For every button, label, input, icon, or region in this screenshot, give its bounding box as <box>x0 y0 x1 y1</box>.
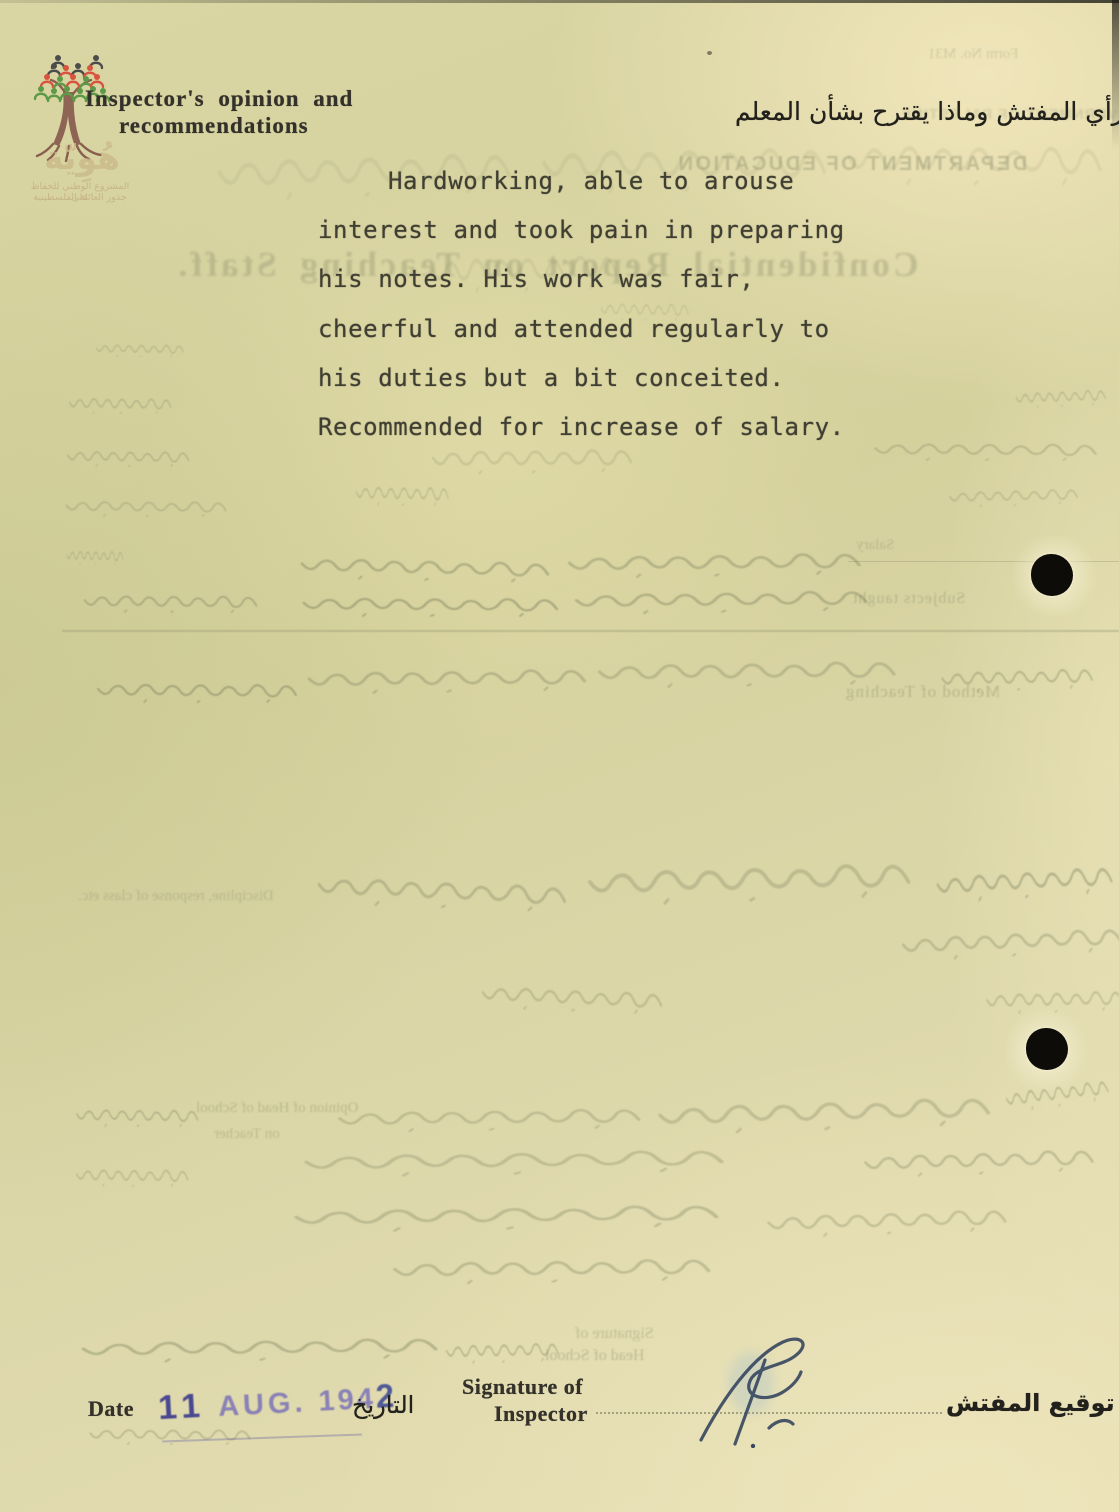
bleed-handwriting-squiggle <box>595 655 900 690</box>
signature-label-line2: Inspector <box>494 1401 588 1427</box>
bleed-handwriting-squiggle <box>298 554 553 584</box>
bleed-handwriting-squiggle <box>214 143 516 205</box>
signature-label-arabic: توقيع المفتش <box>946 1389 1115 1417</box>
bleed-handwriting-squiggle <box>300 1144 730 1180</box>
scan-edge-corner <box>1112 0 1119 150</box>
bleed-handwriting-squiggle <box>82 592 260 614</box>
bleed-handwriting-squiggle <box>75 1106 200 1128</box>
bleed-handwriting-squiggle <box>445 1338 561 1366</box>
bleed-handwriting-squiggle <box>845 138 1105 188</box>
bleed-handwriting-squiggle <box>88 1426 253 1446</box>
bleed-handwriting-squiggle <box>1015 386 1108 411</box>
date-stamp-month: AUG. <box>217 1386 307 1423</box>
inspector-signature <box>683 1328 823 1448</box>
bleed-handwriting-squiggle <box>600 300 690 322</box>
bleed-handwriting-squiggle <box>78 1333 443 1365</box>
bleed-handwriting-squiggle <box>765 1204 1011 1241</box>
bleed-handwriting-squiggle <box>565 547 865 580</box>
signature-label-line1: Signature of <box>462 1374 583 1400</box>
bleed-handwriting-squiggle <box>584 854 915 909</box>
bleed-handwriting-squiggle <box>940 663 1096 694</box>
bleed-handwriting-squiggle <box>95 342 185 358</box>
remarks-line-2: interest and took pain in preparing <box>318 216 845 244</box>
bleed-handwriting-squiggle <box>872 440 1100 462</box>
hole-punch-top <box>1031 554 1073 596</box>
section-title-arabic: رأي المفتش وماذا يقترح بشأن المعلم <box>735 97 1119 126</box>
bleed-handwriting-squiggle <box>899 922 1119 964</box>
bleed-handwriting-squiggle <box>64 498 229 518</box>
remarks-line-6: Recommended for increase of salary. <box>318 413 845 441</box>
date-stamp-day: 11 <box>157 1387 207 1427</box>
bleed-handwriting-squiggle <box>390 1253 715 1287</box>
bleed-handwriting-squiggle <box>572 585 872 616</box>
bleed-handwriting-squiggle <box>68 395 173 415</box>
bleed-handwriting-squiggle <box>66 448 191 468</box>
hole-punch-bottom <box>1026 1028 1068 1070</box>
bleed-label-discipline: Discipline, response of class etc. <box>78 888 274 905</box>
bleed-handwriting-squiggle <box>66 548 124 566</box>
section-title-line1: Inspector's opinion and <box>85 86 353 112</box>
bleed-handwriting-squiggle <box>314 872 570 915</box>
bleed-handwriting-squiggle <box>429 247 620 298</box>
bleed-handwriting-squiggle <box>305 664 590 697</box>
remarks-line-4: cheerful and attended regularly to <box>318 315 830 343</box>
bleed-handwriting-squiggle <box>934 860 1116 906</box>
ink-speck <box>707 51 712 55</box>
bleed-handwriting-squiggle <box>430 443 635 477</box>
bleed-label-signature-of: Signature of <box>575 1325 654 1343</box>
bleed-handwriting-squiggle <box>862 1144 1098 1180</box>
bleed-handwriting-squiggle <box>948 485 1081 510</box>
bleed-handwriting-squiggle <box>540 137 831 197</box>
bleed-rule-long <box>62 630 1119 632</box>
bleed-handwriting-squiggle <box>75 1166 190 1188</box>
date-label: Date <box>88 1396 134 1422</box>
bleed-handwriting-squiggle <box>300 594 562 618</box>
scanned-document-page: Form No. M31 GOVERNMENT OF PALESTINE DEP… <box>0 0 1119 1512</box>
bleed-handwriting-squiggle <box>335 1103 645 1134</box>
bleed-handwriting-squiggle <box>654 1090 995 1138</box>
bleed-handwriting-squiggle <box>355 483 450 507</box>
remarks-line-5: his duties but a bit conceited. <box>318 364 785 392</box>
bleed-label-opinion-line2: on Teacher <box>214 1126 280 1143</box>
logo-watermark-text: هُوِيّة <box>44 138 120 177</box>
bleed-form-number: Form No. M31 <box>928 46 1018 63</box>
section-title-line2: recommendations <box>119 113 309 139</box>
bleed-handwriting-squiggle <box>95 680 300 704</box>
scan-edge-top <box>0 0 1119 3</box>
bleed-handwriting-squiggle <box>290 1199 725 1235</box>
bleed-handwriting-squiggle <box>985 986 1119 1017</box>
logo-org-line2: جذور العائلة الفلسطينية <box>26 192 134 203</box>
date-label-arabic: التاريخ <box>352 1391 414 1419</box>
bleed-handwriting-squiggle <box>480 982 666 1016</box>
